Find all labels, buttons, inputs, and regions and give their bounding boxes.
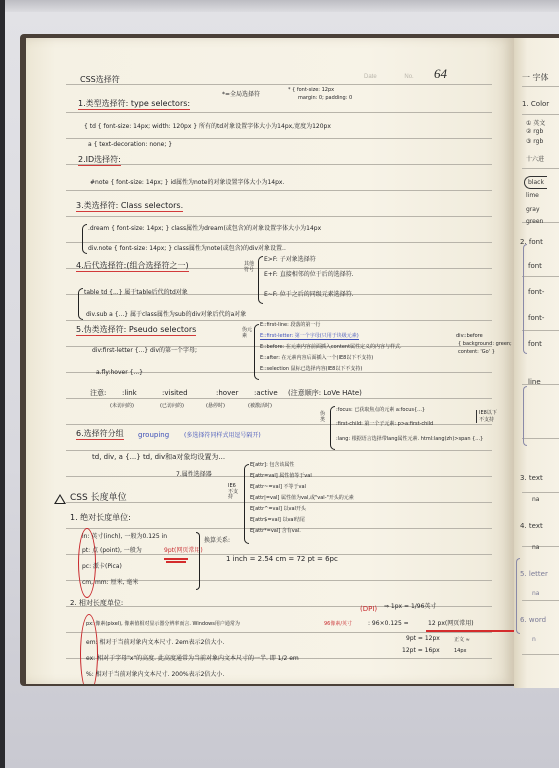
right-page-line: na [532,544,539,551]
dpi-label: (DPI) [360,606,377,613]
attr-exists: E[attr]: 包含该属性 [250,463,294,468]
pseudo-after: E::after: 在元素内容后面插入一个(IE8以下不支持) [260,356,373,361]
section-6-heading-text: 6.选择符分组 [76,429,124,440]
ruled-line [522,654,559,655]
pseudo-before: E::before: 在元素内容前面插入content属性定义的内容与样式. [260,345,402,350]
dpi-equation: ⇒ 1px = 1/96英寸 [384,604,436,610]
brace [82,224,87,254]
section-1-heading-text: 1.类型选择符: type selectors: [78,99,190,110]
ruled-line [522,276,559,277]
right-page-line: 3. text [520,474,543,482]
scanner-lid [5,0,559,12]
unit-ex: ex: 相对于字母"x"的高度. 此高度通常为当前对象内文本尺寸的一半. 即 1… [86,656,299,662]
grouping-keyword: grouping [138,432,169,439]
ruled-line [522,546,559,547]
pseudo-class-side-label: 伪类 [320,412,329,423]
units-heading: CSS 长度单位 [70,494,127,503]
right-page-line: na [532,590,539,597]
child-selector-note: E>F: 子对象选择符 [264,257,316,263]
before-example-1: div::before [456,334,483,339]
right-page-line: font- [528,288,544,296]
section-1-line-2: a { text-decoration: none; } [88,142,172,148]
universal-rule: * { font-size: 12px [288,88,334,93]
ruled-line [66,450,492,451]
brace [330,406,335,450]
unit-in: in: 英寸(inch), 一般为0.125 in [82,534,167,540]
right-page-line: 一 字体 [522,72,549,83]
note-label: 注意: [90,390,106,397]
px-result: 12 px(网页常用) [428,621,474,627]
section-5-heading: 5.伪类选择符: Pseudo selectors [76,326,196,334]
love-hate-note: (注意顺序: LoVe HAte) [288,390,362,397]
sibling-selector-note: E~F: 位于之后的同级元素选择符. [264,292,354,298]
conversion-formula: 1 inch = 2.54 cm = 72 pt = 6pc [226,556,338,563]
right-page-line: ② rgb [526,128,543,135]
section-3-line-1: .dream { font-size: 14px; } class属性为drea… [88,226,321,232]
ruled-line [66,164,492,165]
section-7-side-label: IE6 不支持 [228,484,242,501]
universal-rule-2: margin: 0; padding: 0 [298,96,352,101]
section-1-heading: 1.类型选择符: type selectors: [78,100,190,108]
active-pseudo: :active [254,390,278,397]
right-page-line: ③ rgb [526,138,543,145]
attr-not-equals: E[attr~=val] 不等于val [250,485,306,490]
red-underline [426,630,514,632]
section-3-heading-text: 3.类选择符: Class selectors. [76,201,183,212]
section-4-heading-text: 4.后代选择符:(组合选择符之一) [76,261,189,272]
right-page-line: gray [526,206,540,213]
brace [244,464,249,544]
ruled-line [66,242,492,243]
absolute-units-heading: 1. 绝对长度单位: [70,514,131,522]
right-page-line: ① 英文 [526,118,545,127]
page-header: Date No. [364,74,440,80]
section-3-heading: 3.类选择符: Class selectors. [76,202,183,210]
link-pseudo: :link [122,390,137,397]
ruled-line [522,600,559,601]
ruled-line [66,112,492,113]
red-underline [164,558,188,560]
ruled-line [66,190,492,191]
gloss-active: (被激活时) [248,404,272,409]
gloss-hover: (悬停时) [206,404,225,409]
hover-pseudo: :hover [216,390,238,397]
before-example-2: { background: green; [458,342,512,347]
right-page-line: font [528,262,542,270]
section-2-line-1: #note { font-size: 14px; } id属性为note的对象设… [90,180,284,186]
right-page-line: green [526,218,543,225]
unit-cm-mm: cm, mm: 厘米, 毫米 [82,580,138,586]
right-notebook-page: 一 字体 1. Color ① 英文 ② rgb ③ rgb 十六进 black… [514,38,559,688]
pseudo-lang: :lang: 根据语言选择带lang属性元素. html:lang(zh)>sp… [336,436,506,443]
section-6-heading: 6.选择符分组 [76,430,124,438]
right-page-line: line [528,378,541,386]
relative-units-heading: 2. 相对长度单位: [70,600,123,607]
section-4-heading: 4.后代选择符:(组合选择符之一) [76,262,189,270]
pt-px-equation-2: 12pt = 16px [402,648,440,654]
section-5-side-label: 伪元素 [242,328,252,339]
ruled-line [66,84,492,85]
section-6-line-1: td, div, a {...} td, div和a对象均设置为... [92,454,225,461]
section-5-line-1: div:first-letter {...} div的第一个字母; [92,348,197,354]
gloss-link: (未访问的) [110,404,134,409]
brace [78,288,83,320]
ruled-line [522,114,559,115]
unit-percent: %: 相对于当前对象内文本尺寸. 200%表示2倍大小. [86,672,224,678]
pseudo-first-line: E::first-line: 段落的第一行 [260,323,320,328]
visited-pseudo: :visited [162,390,188,397]
unit-pc: pc: 派卡(Pica) [82,564,122,570]
px-calculation: : 96×0.125 = [368,621,409,627]
section-7-heading: 7.属性选择器 [176,472,212,478]
right-page-line: 5. letter [520,570,548,578]
pseudo-selection: E::selection 鼠标已选择内容(IE8以下不支持) [260,367,362,372]
pseudo-first-letter: E::first-letter: 第一个字母(只用于块级元素) [260,334,359,339]
right-page-line: font- [528,314,544,322]
left-notebook-page: Date No. 64 CSS选择符 *=全局选择符 * { font-size… [26,38,514,684]
ruled-line [522,168,559,169]
ruled-line [66,502,492,503]
conversion-label: 换算关系: [204,538,230,544]
ruled-line [522,330,559,331]
adjacent-selector-note: E+F: 直接相邻的位于后的选择符. [264,272,354,278]
ruled-line [522,438,559,439]
pt-px-equation-1: 9pt = 12px [406,636,440,642]
grouping-note: (多选择符同样式用逗号隔开) [184,433,261,439]
right-page-line: 1. Color [522,100,549,108]
right-page-line: 6. word [520,616,546,624]
ruled-line [66,216,492,217]
ruled-line [66,632,492,633]
right-page-line: 十六进 [526,154,544,163]
attr-starts-with: E[attr^=val] 以val开头 [250,507,306,512]
right-page-line: lime [526,192,539,199]
ruled-line [522,492,559,493]
section-1-line-1: { td { font-size: 14px; width: 120px } 所… [84,124,331,130]
page-title: CSS选择符 [80,76,120,84]
brace [516,558,520,634]
ie8-note: IE8以下 不支持 [476,410,498,423]
ruled-line [66,398,492,399]
red-underline [166,561,186,563]
triangle-bullet-icon [54,494,66,504]
section-2-heading-text: 2.ID选择符: [78,155,121,166]
attr-equals: E[attr=val] 属性值等于val [250,474,312,479]
section-5-line-2: a.fly:hover {...} [96,370,143,376]
unit-em: em: 相对于当前对象内文本尺寸. 2em表示2倍大小. [86,640,224,646]
ruled-line [522,86,559,87]
section-4-line-1: table td {...} 属于table后代的td对象 [84,290,188,296]
brace [523,244,527,354]
universal-selector-note: *=全局选择符 [222,92,260,98]
brace [254,324,259,380]
body-text-note: 正文 ≈ [454,638,470,643]
ruled-line [66,320,492,321]
pseudo-focus: :focus: 已获取焦点的元素 a:focus{...} [336,408,425,413]
right-page-line: 4. text [520,522,543,530]
px-highlight: 96像素/英寸 [324,622,352,627]
attr-ends-with: E[attr$=val] 以val结尾 [250,518,305,523]
right-page-line: font [528,340,542,348]
gloss-visited: (已访问的) [160,404,184,409]
body-text-size: 14px [454,649,467,654]
before-example-3: content: 'Go' } [458,350,495,355]
page-number: 64 [434,66,447,82]
pseudo-first-child: :first-child: 第一个子元素: p>a:first-child [336,422,433,427]
brace [523,386,527,446]
right-page-line: na [532,496,539,503]
section-5-heading-text: 5.伪类选择符: Pseudo selectors [76,325,196,336]
brace [196,532,200,590]
unit-px: px: 像素(pixel), 像素值相对显示器分辨率而言. Windows用户通… [86,622,240,627]
scanner-edge [0,0,5,768]
right-page-line: n [532,636,536,643]
no-label: No. [404,74,413,80]
right-page-line: black [524,176,547,189]
attr-contains: E[attr*=val] 含有val. [250,529,301,534]
unit-pt: pt: 点 (point), 一般为 [82,548,142,554]
brace [258,256,263,304]
section-4-side-label: 其他 符号 [244,262,256,273]
section-2-heading: 2.ID选择符: [78,156,121,164]
section-4-line-2: div.sub a {...} 属于class属性为sub的div对象后代的a对… [86,312,246,318]
ruled-line [66,138,492,139]
section-3-line-2: div.note { font-size: 14px; } class属性为no… [88,246,286,252]
attr-dash-match: E[attr|=val] 属性值为val,或"val-"开头的元素 [250,496,354,501]
date-label: Date [364,74,377,80]
